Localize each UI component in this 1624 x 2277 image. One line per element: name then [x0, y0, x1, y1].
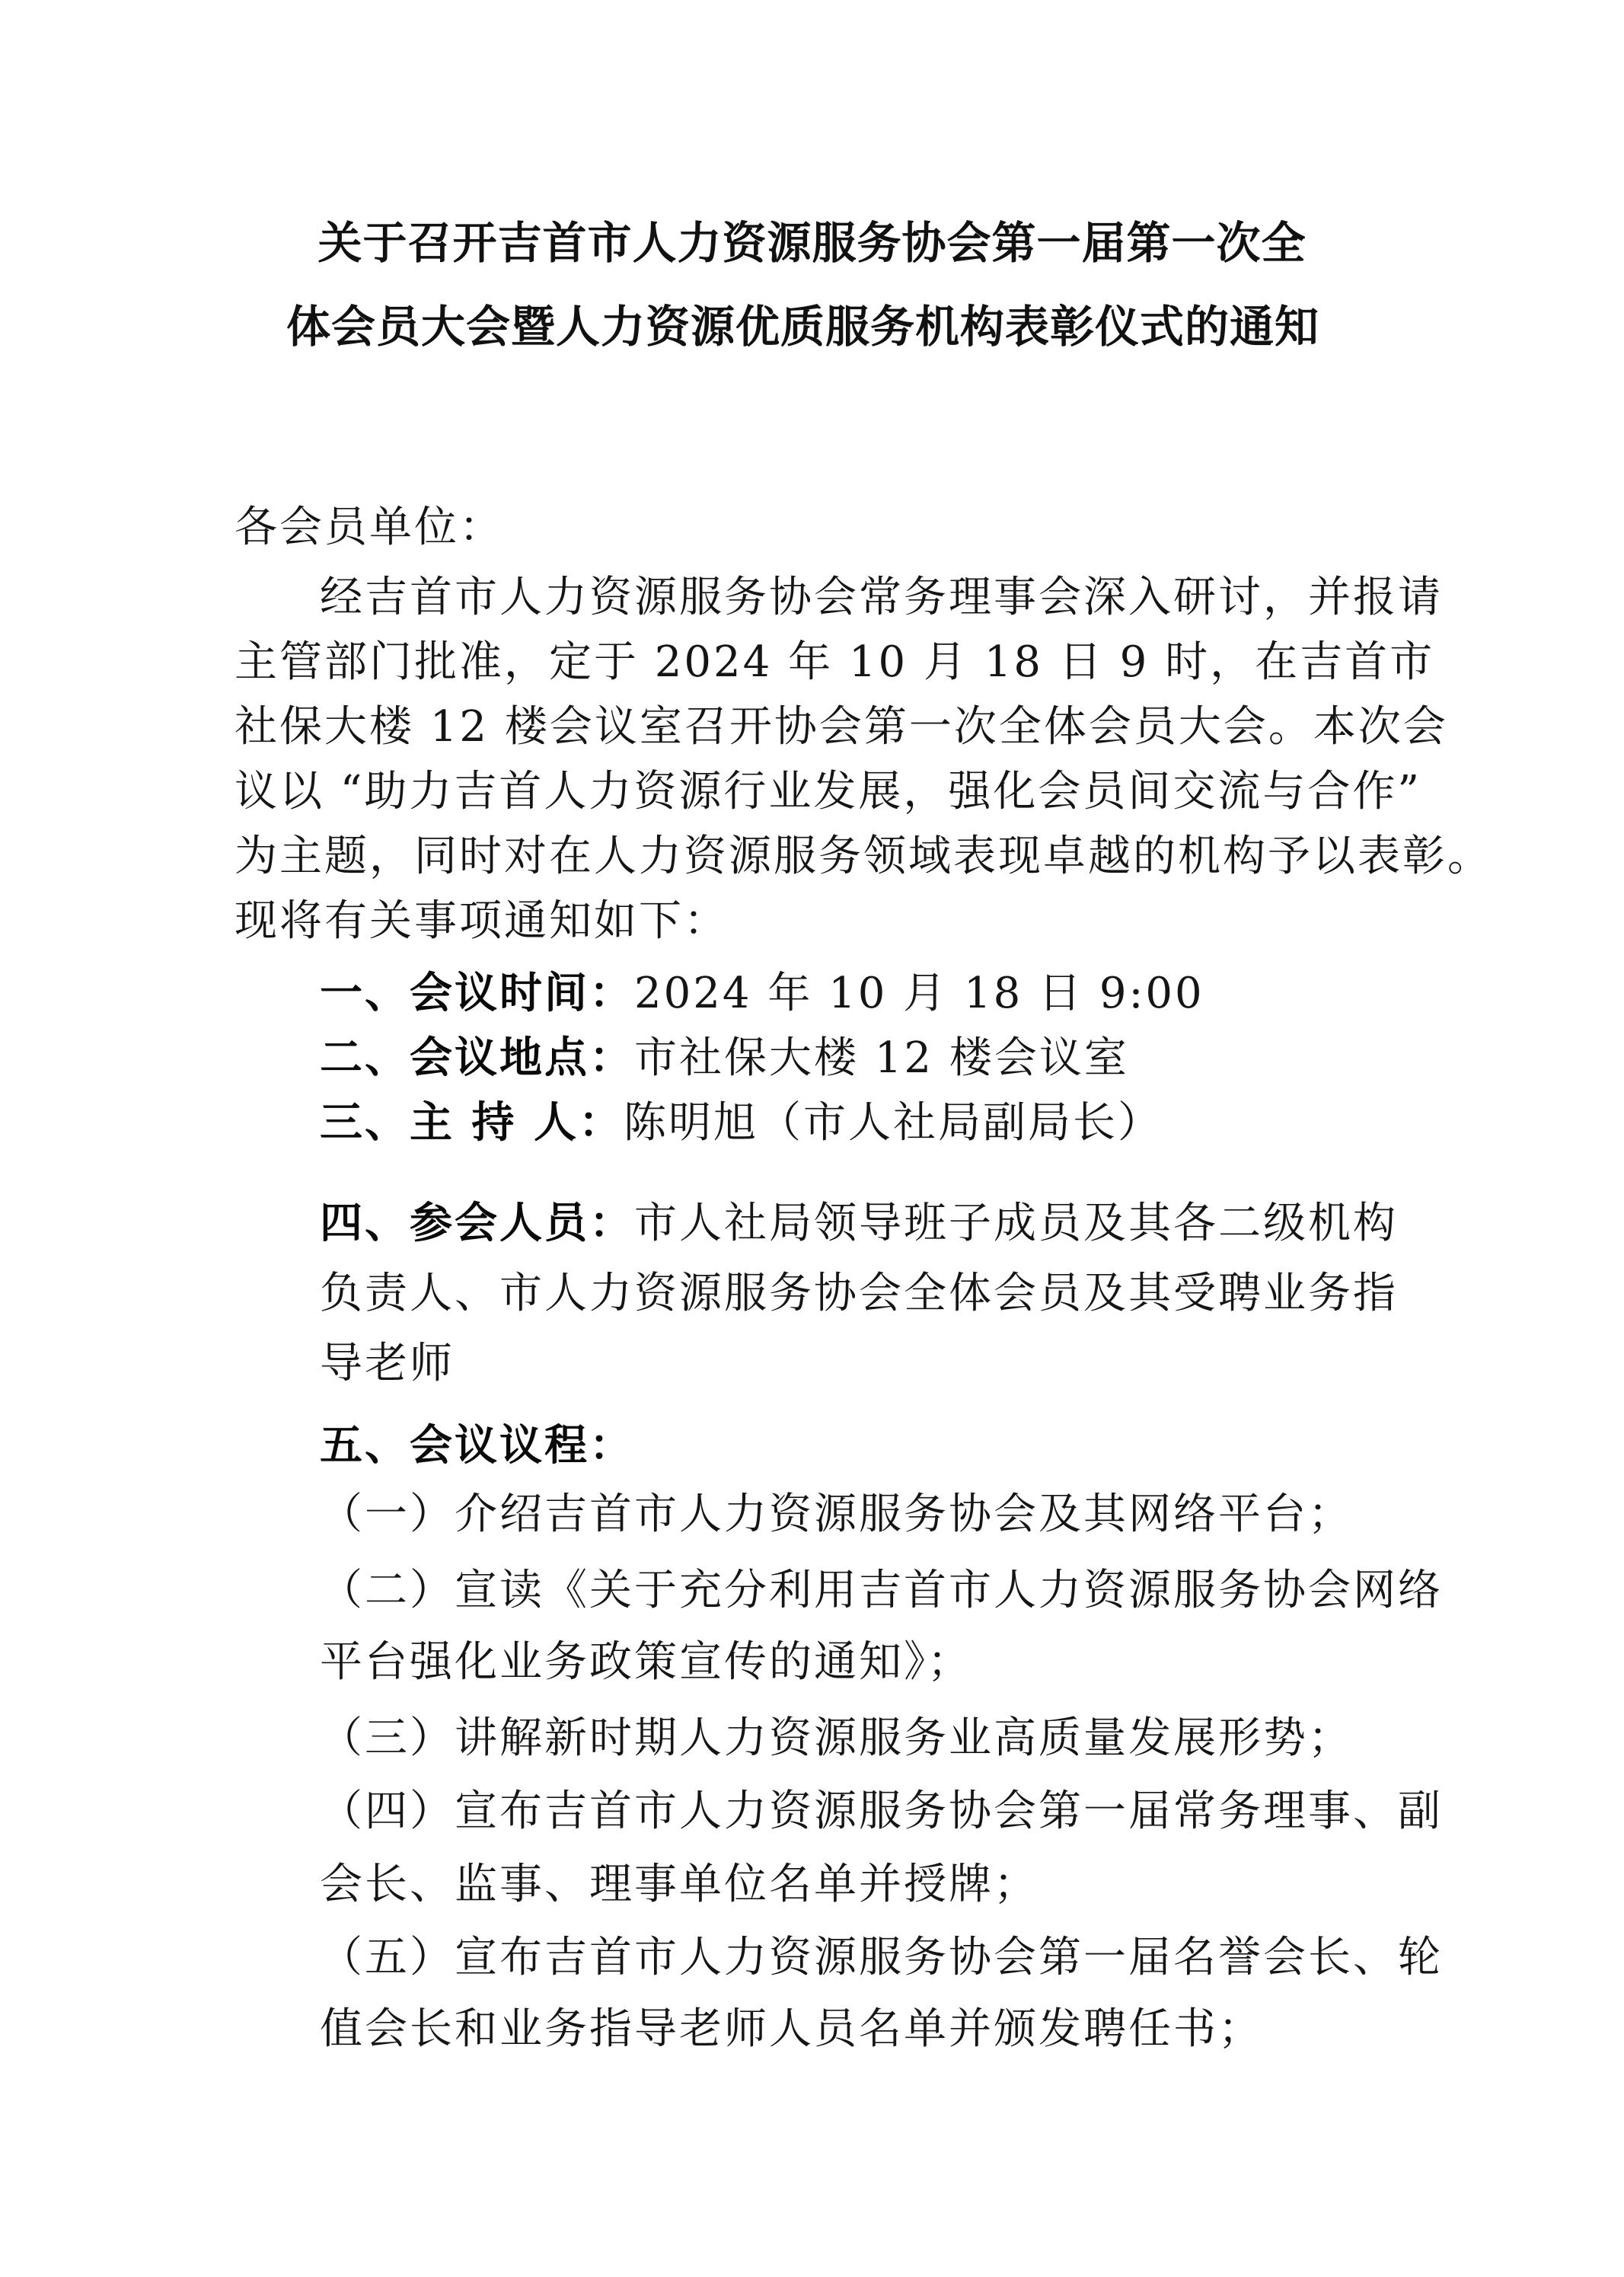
intro-line-2: 主管部门批准，定于 2024 年 10 月 18 日 9 时，在吉首市 [235, 637, 1407, 688]
section-value: 陈明旭（市人社局副局长） [624, 1098, 1163, 1148]
intro-line-5: 为主题，同时对在人力资源服务领域表现卓越的机构予以表彰。 [235, 832, 1422, 882]
intro-line-1: 经吉首市人力资源服务协会常务理事会深入研讨，并报请 [320, 573, 1410, 623]
document-title-line-2: 体会员大会暨人力资源优质服务机构表彰仪式的通知 [0, 291, 1615, 355]
section-attendees-line-2: 负责人、市人力资源服务协会全体会员及其受聘业务指 [320, 1269, 1398, 1319]
intro-line-3: 社保大楼 12 楼会议室召开协会第一次全体会员大会。本次会 [235, 702, 1407, 752]
document-title-line-1: 关于召开吉首市人力资源服务协会第一届第一次全 [0, 207, 1624, 271]
agenda-item-5-line-2: 值会长和业务指导老师人员名单并颁发聘任书； [320, 2004, 1263, 2055]
section-value: 市社保大楼 12 楼会议室 [634, 1033, 1129, 1083]
intro-line-4: 议以 “助力吉首人力资源行业发展，强化会员间交流与合作” [235, 767, 1407, 817]
section-heading: 一、会议时间： [320, 969, 634, 1018]
section-attendees-line-3: 导老师 [320, 1339, 455, 1389]
section-meeting-location: 二、会议地点：市社保大楼 12 楼会议室 [320, 1033, 1129, 1084]
section-value: 2024 年 10 月 18 日 9:00 [634, 969, 1204, 1018]
agenda-item-4: （四）宣布吉首市人力资源服务协会第一届常务理事、副 [320, 1787, 1443, 1837]
agenda-item-2-line-2: 平台强化业务政策宣传的通知》； [320, 1637, 972, 1688]
section-heading: 三、主 持 人： [320, 1098, 624, 1148]
section-heading: 二、会议地点： [320, 1033, 634, 1083]
section-heading: 四、参会人员： [320, 1199, 634, 1248]
agenda-item-1: （一）介绍吉首市人力资源服务协会及其网络平台； [320, 1490, 1353, 1540]
salutation: 各会员单位： [235, 503, 504, 553]
intro-line-6: 现将有关事项通知如下： [235, 896, 729, 947]
document-page: 关于召开吉首市人力资源服务协会第一届第一次全 体会员大会暨人力资源优质服务机构表… [0, 0, 1624, 2277]
section-value: 市人社局领导班子成员及其各二级机构 [634, 1199, 1398, 1248]
agenda-item-4-line-2: 会长、监事、理事单位名单并授牌； [320, 1860, 1039, 1910]
section-agenda-heading: 五、会议议程： [320, 1421, 634, 1471]
section-meeting-time: 一、会议时间：2024 年 10 月 18 日 9:00 [320, 969, 1204, 1019]
agenda-item-2: （二）宣读《关于充分利用吉首市人力资源服务协会网络 [320, 1566, 1443, 1616]
agenda-item-5: （五）宣布吉首市人力资源服务协会第一届名誉会长、轮 [320, 1933, 1443, 1983]
section-attendees: 四、参会人员：市人社局领导班子成员及其各二级机构 [320, 1199, 1398, 1249]
section-host: 三、主 持 人：陈明旭（市人社局副局长） [320, 1098, 1163, 1148]
agenda-item-3: （三）讲解新时期人力资源服务业高质量发展形势； [320, 1713, 1353, 1764]
